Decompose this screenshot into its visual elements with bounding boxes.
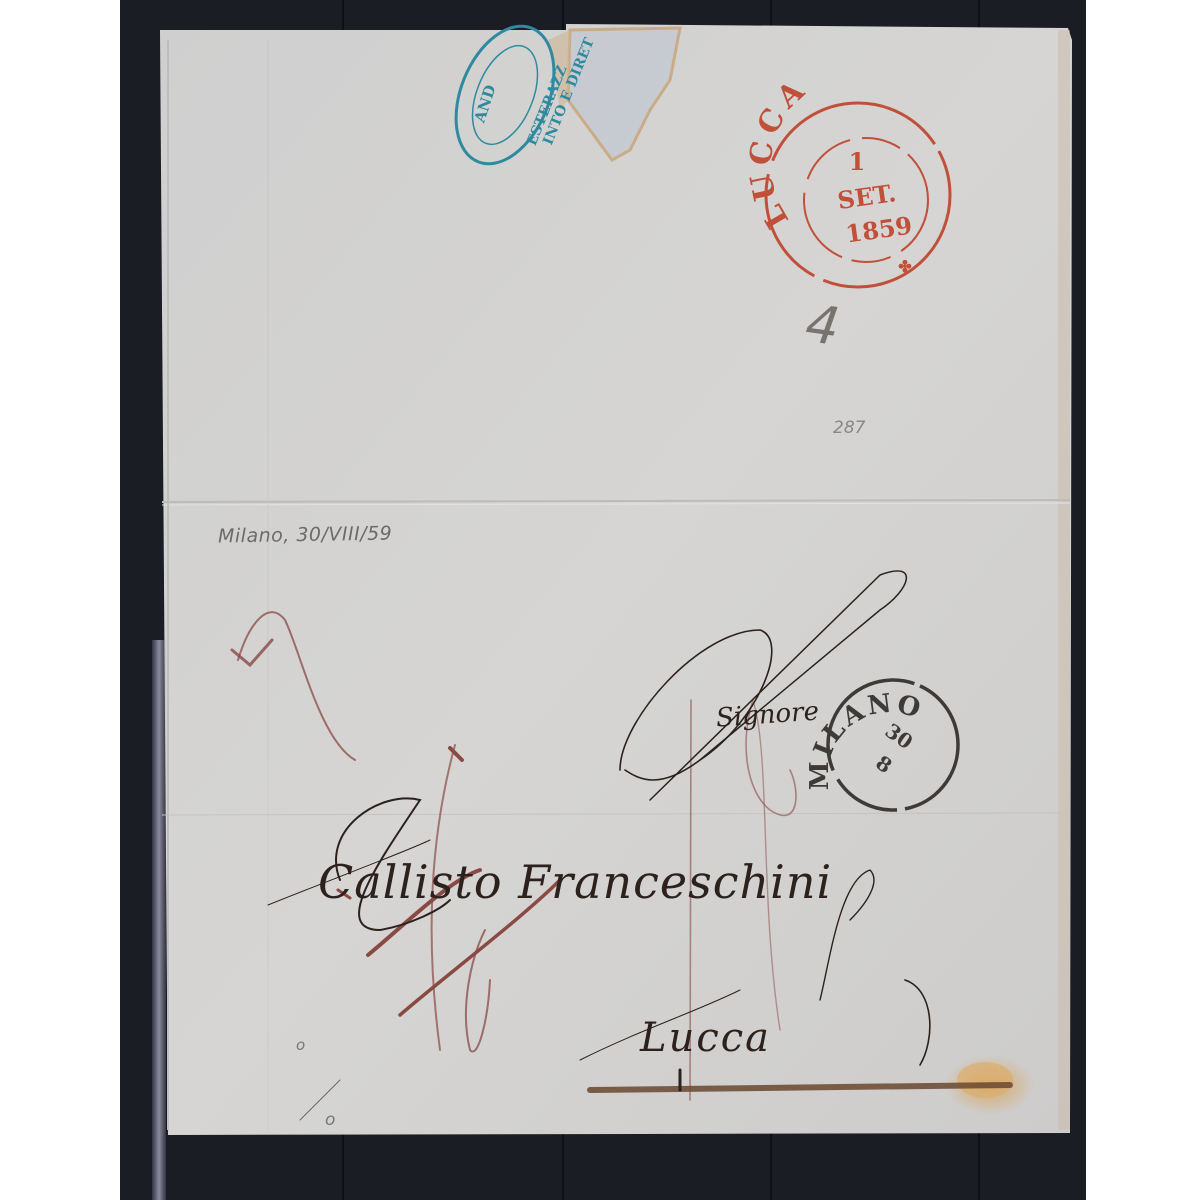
- letter-entire: AND ESTERAZZ INTO E DIRET LUCCA 1 SET. 1…: [0, 0, 1200, 1200]
- lucca-ornament: ✤: [898, 257, 912, 276]
- protective-sleeve-edge: [152, 640, 166, 1200]
- address-city: Lucca: [640, 1015, 771, 1061]
- pencil-small-mark: o: [296, 1036, 305, 1054]
- pencil-small-mark: o: [325, 1110, 335, 1130]
- pencil-origin-date: Milano, 30/VIII/59: [218, 522, 393, 547]
- lucca-day: 1: [849, 147, 866, 176]
- paper-sheet: [160, 24, 1072, 1135]
- pencil-reference-number: 287: [833, 418, 865, 438]
- letter-drawing: AND ESTERAZZ INTO E DIRET LUCCA 1 SET. 1…: [0, 0, 1200, 1200]
- address-addressee: Callisto Franceschini: [318, 855, 832, 909]
